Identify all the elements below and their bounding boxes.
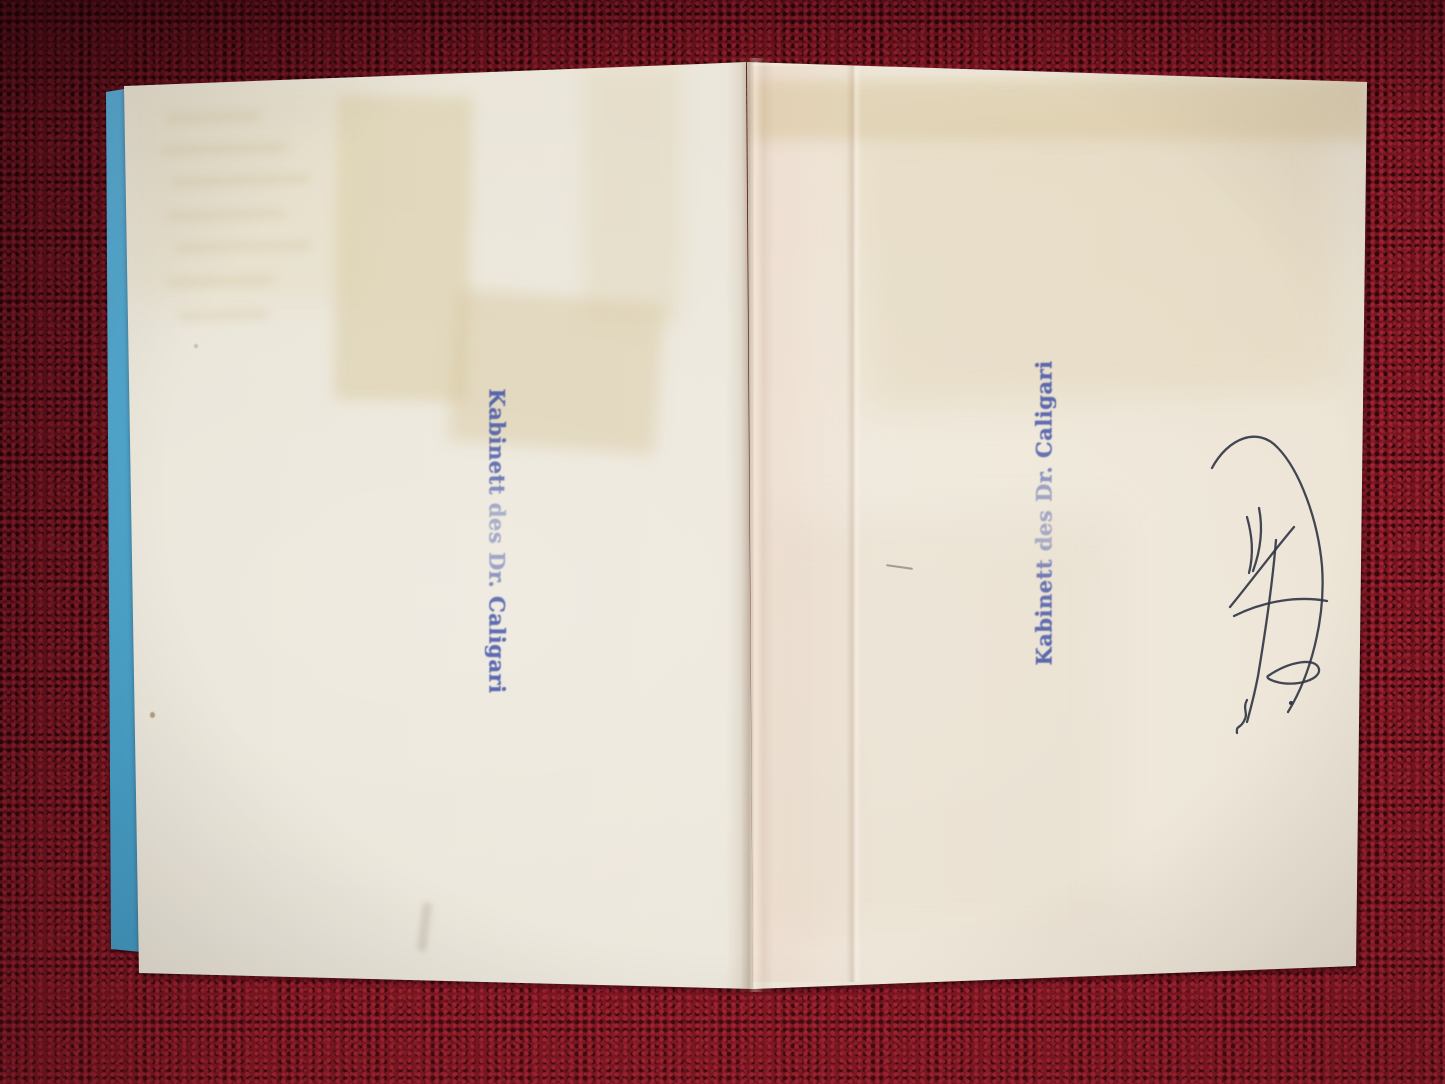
faint-stain-wash: [770, 520, 1110, 940]
large-stain-wash: [851, 104, 1340, 413]
page-shading-near-spine: [752, 66, 877, 982]
vertical-crease: [846, 64, 862, 982]
right-page-stamp: Kabinett des Dr. Caligari: [1032, 360, 1057, 665]
open-programme-book: Kabinett des Dr. Caligari Kabinett des D…: [0, 0, 1445, 1084]
top-stain-band: [750, 80, 1368, 140]
scratch-mark: [886, 564, 913, 570]
photo-scene: Kabinett des Dr. Caligari Kabinett des D…: [0, 0, 1445, 1084]
autograph-signature: [1180, 400, 1350, 750]
right-page: Kabinett des Dr. Caligari: [0, 0, 1445, 1084]
